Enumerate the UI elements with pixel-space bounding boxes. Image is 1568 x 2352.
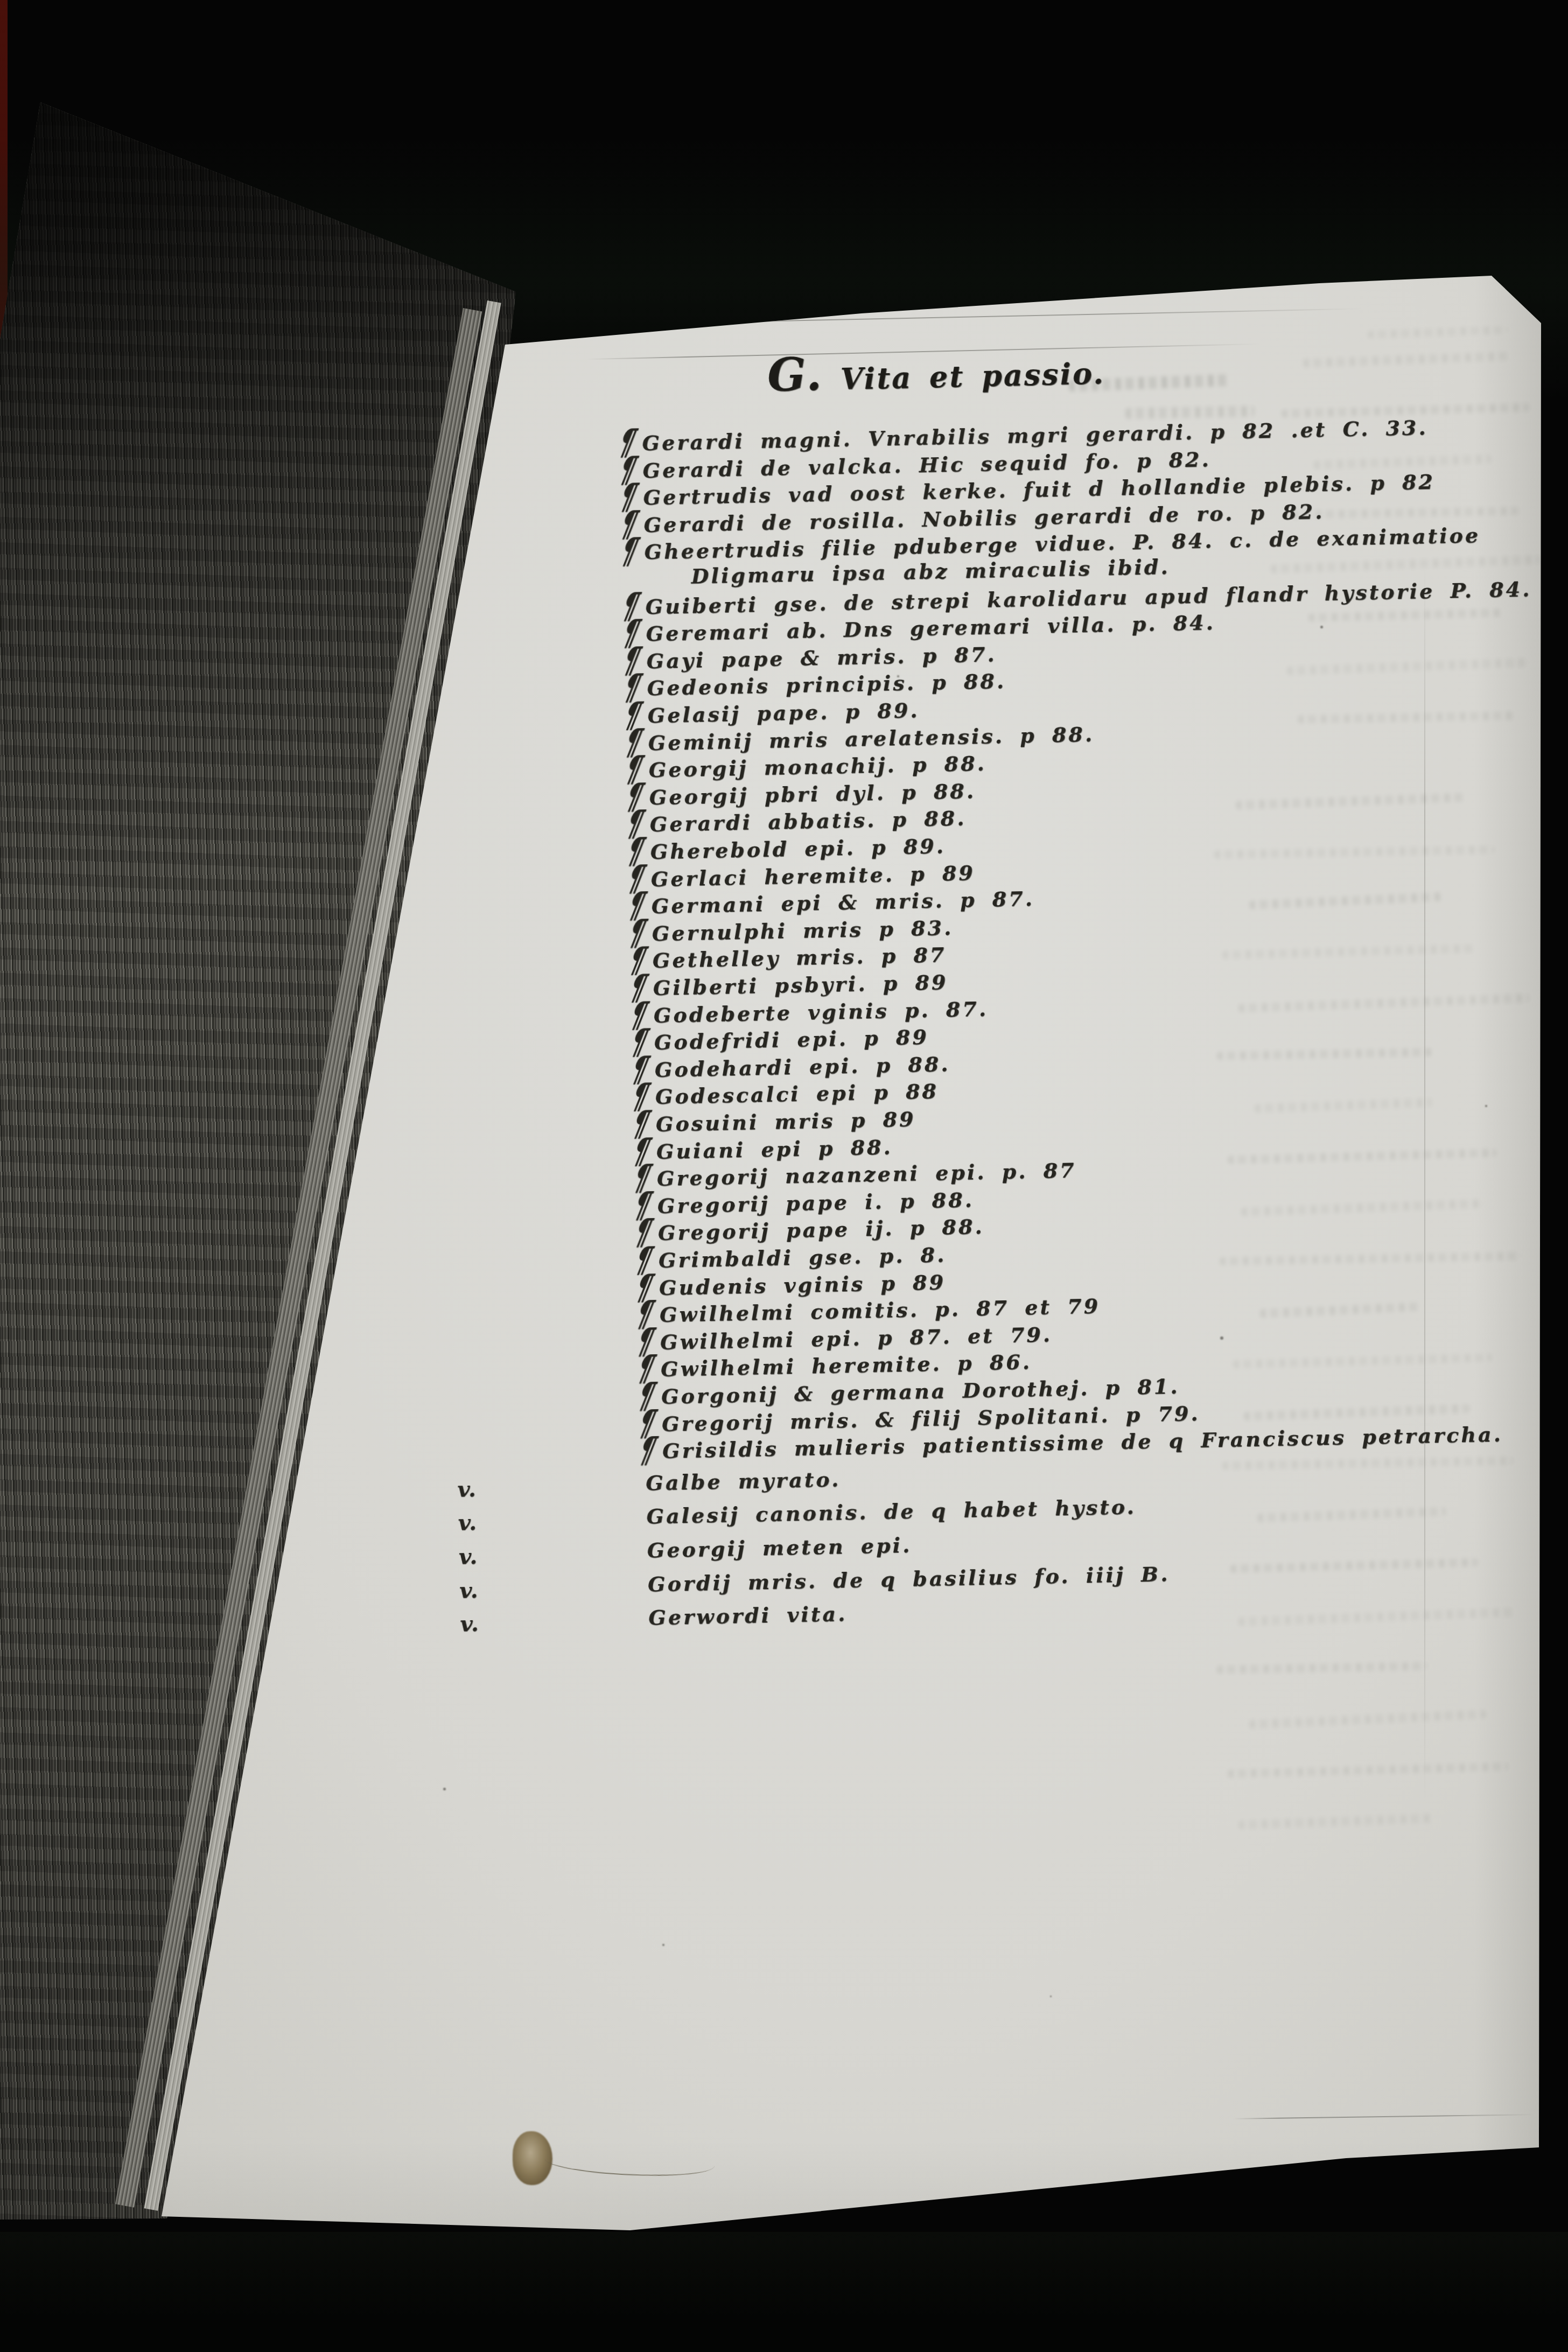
margin-mark: v. (458, 1510, 477, 1536)
ghost-text-line (1303, 352, 1508, 367)
margin-mark: v. (459, 1577, 479, 1603)
manuscript-photo: G. Vita et passio. ¶Gerardi magni. Vnrab… (0, 0, 1568, 2352)
scratch-line (1233, 2114, 1535, 2119)
entry-line: v.Galesij canonis. de q habet hysto. (641, 1495, 1136, 1529)
entry-text: Godefridi epi. p 89 (654, 1025, 929, 1054)
ghost-text-line (1238, 1814, 1432, 1830)
entry-line: v.Gerwordi vita. (643, 1601, 848, 1630)
entry-text: Gerwordi vita. (648, 1601, 848, 1629)
entry-text: Germani epi & mris. p 87. (651, 886, 1034, 918)
entry-text: Gosuini mris p 89 (655, 1107, 915, 1136)
margin-mark: v. (460, 1611, 479, 1637)
margin-mark: v. (457, 1476, 477, 1502)
entry-line: v.Gordij mris. de q basilius fo. iiij B. (642, 1562, 1170, 1597)
entry-text: Georgij meten epi. (647, 1533, 912, 1563)
dust-speck (443, 1788, 446, 1790)
dust-speck (662, 1944, 664, 1946)
entry-text: Galbe myrato. (646, 1467, 841, 1495)
entry-text: Godeberte vginis p. 87. (653, 996, 988, 1027)
bottom-shadow (0, 2232, 1568, 2352)
entry-line: v.Galbe myrato. (640, 1467, 841, 1495)
ghost-text-line (1228, 1762, 1508, 1778)
entry-text: Guiani epi p 88. (656, 1135, 893, 1164)
ghost-text-line (1368, 326, 1508, 338)
entry-text: Gregorij nazanzeni epi. p. 87 (656, 1158, 1076, 1191)
entry-text: Geminij mris arelatensis. p 88. (648, 722, 1094, 755)
entry-text: Gedeonis principis. p 88. (647, 669, 1006, 700)
entry-text: Gordij mris. de q basilius fo. iiij B. (648, 1562, 1170, 1596)
dust-speck (1050, 1996, 1052, 1997)
page-heading: G. Vita et passio. (767, 341, 1105, 402)
entry-text: Gelasij pape. p 89. (647, 698, 920, 727)
ghost-text-line (1249, 1710, 1486, 1728)
fiber-hair (544, 2144, 716, 2181)
entries: ¶Gerardi magni. Vnrabilis mgri gerardi. … (619, 410, 1568, 1721)
entry-line: v.Georgij meten epi. (641, 1533, 912, 1563)
entry-text: Galesij canonis. de q habet hysto. (646, 1495, 1136, 1529)
margin-mark: v. (458, 1544, 478, 1570)
